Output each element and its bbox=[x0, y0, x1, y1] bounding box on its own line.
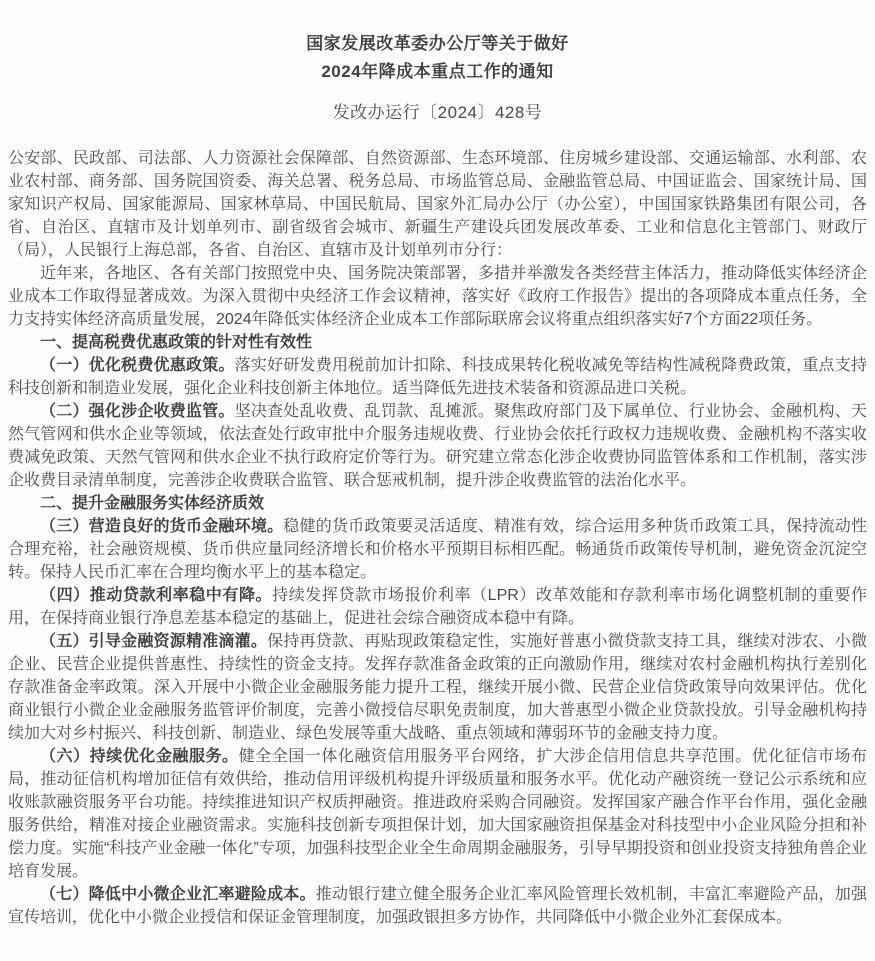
paragraph-text: 公安部、民政部、司法部、人力资源社会保障部、自然资源部、生态环境部、住房城乡建设… bbox=[8, 150, 867, 259]
document-number: 发改办运行〔2024〕428号 bbox=[8, 101, 867, 125]
paragraph-text: 健全全国一体化融资信用服务平台网络，扩大涉企信用信息共享范围。优化征信市场布局，… bbox=[8, 748, 867, 880]
item-label: （七）降低中小微企业汇率避险成本。 bbox=[40, 886, 316, 903]
paragraph-recipients: 公安部、民政部、司法部、人力资源社会保障部、自然资源部、生态环境部、住房城乡建设… bbox=[8, 147, 867, 262]
paragraph-text: 近年来，各地区、各有关部门按照党中央、国务院决策部署，多措并举激发各类经营主体活… bbox=[8, 265, 867, 328]
paragraph-item-2: （二）强化涉企收费监管。坚决查处乱收费、乱罚款、乱摊派。聚焦政府部门及下属单位、… bbox=[8, 400, 867, 492]
paragraph-item-7: （七）降低中小微企业汇率避险成本。推动银行建立健全服务企业汇率风险管理长效机制，… bbox=[8, 883, 867, 929]
paragraph-item-4: （四）推动贷款利率稳中有降。持续发挥贷款市场报价利率（LPR）改革效能和存款利率… bbox=[8, 584, 867, 630]
section-heading-text: 二、提升金融服务实体经济质效 bbox=[40, 495, 264, 512]
document-body: 公安部、民政部、司法部、人力资源社会保障部、自然资源部、生态环境部、住房城乡建设… bbox=[8, 147, 867, 929]
paragraph-item-6: （六）持续优化金融服务。健全全国一体化融资信用服务平台网络，扩大涉企信用信息共享… bbox=[8, 745, 867, 883]
item-label: （一）优化税费优惠政策。 bbox=[40, 357, 235, 374]
section-heading-text: 一、提高税费优惠政策的针对性有效性 bbox=[40, 334, 312, 351]
paragraph-item-5: （五）引导金融资源精准滴灌。保持再贷款、再贴现政策稳定性，实施好普惠小微贷款支持… bbox=[8, 630, 867, 745]
title-line-1: 国家发展改革委办公厅等关于做好 bbox=[8, 30, 867, 58]
paragraph-item-3: （三）营造良好的货币金融环境。稳健的货币政策要灵活适度、精准有效，综合运用多种货… bbox=[8, 515, 867, 584]
item-label: （三）营造良好的货币金融环境。 bbox=[40, 518, 283, 535]
item-label: （四）推动贷款利率稳中有降。 bbox=[40, 587, 272, 604]
document-page: 国家发展改革委办公厅等关于做好 2024年降成本重点工作的通知 发改办运行〔20… bbox=[0, 0, 875, 961]
paragraph-intro: 近年来，各地区、各有关部门按照党中央、国务院决策部署，多措并举激发各类经营主体活… bbox=[8, 262, 867, 331]
item-label: （二）强化涉企收费监管。 bbox=[40, 403, 235, 420]
title-line-2: 2024年降成本重点工作的通知 bbox=[8, 58, 867, 86]
paragraph-item-1: （一）优化税费优惠政策。落实好研发费用税前加计扣除、科技成果转化税收减免等结构性… bbox=[8, 354, 867, 400]
section-2-heading: 二、提升金融服务实体经济质效 bbox=[8, 492, 867, 515]
section-1-heading: 一、提高税费优惠政策的针对性有效性 bbox=[8, 331, 867, 354]
document-title: 国家发展改革委办公厅等关于做好 2024年降成本重点工作的通知 bbox=[8, 30, 867, 86]
item-label: （六）持续优化金融服务。 bbox=[40, 748, 239, 765]
item-label: （五）引导金融资源精准滴灌。 bbox=[40, 633, 267, 650]
